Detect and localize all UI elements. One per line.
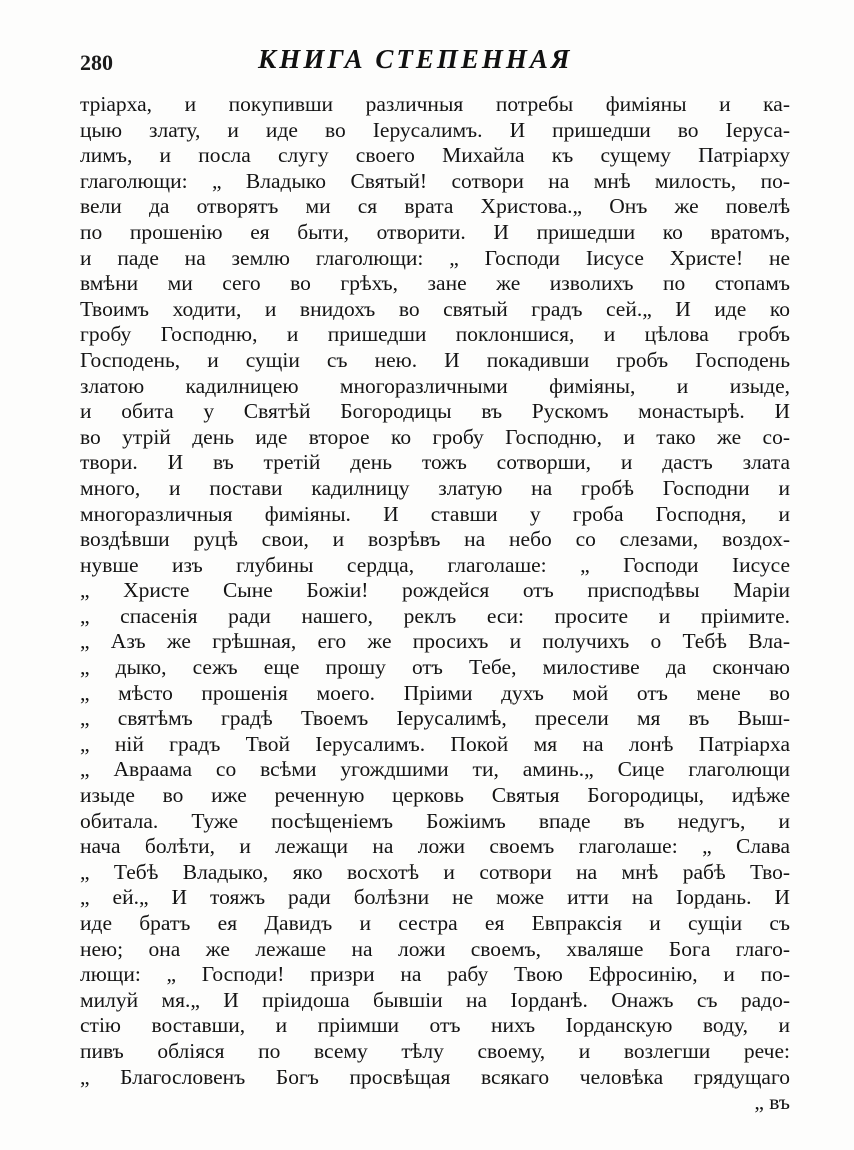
page-header: 280 КНИГА СТЕПЕННАЯ	[80, 44, 780, 84]
text-line: „ мѣсто прошенія моего. Пріими духъ мой …	[80, 681, 790, 707]
text-line: по прошенію ея быти, отворити. И пришедш…	[80, 220, 790, 246]
text-line: „ Тебѣ Владыко, яко восхотѣ и сотвори на…	[80, 860, 790, 886]
text-line: нею; она же лежаше на ложи своемъ, хваля…	[80, 937, 790, 963]
text-line: во утрій день иде второе ко гробу Господ…	[80, 425, 790, 451]
text-line: изыде во иже реченную церковь Святыя Бог…	[80, 783, 790, 809]
text-line: „ ній градъ Твой Іерусалимъ. Покой мя на…	[80, 732, 790, 758]
text-line: тріарха, и покупивши различныя потребы ф…	[80, 92, 790, 118]
text-line: и паде на землю глаголющи: „ Господи Іис…	[80, 246, 790, 272]
text-line: нача болѣти, и лежащи на ложи своемъ гла…	[80, 834, 790, 860]
text-line: многоразличныя фиміяны. И ставши у гроба…	[80, 502, 790, 528]
text-line: „ Христе Сыне Божіи! рождейся отъ приспо…	[80, 578, 790, 604]
text-line: „ дыко, сежъ еще прошу отъ Тебе, милости…	[80, 655, 790, 681]
text-line: Господень, и сущіи съ нею. И покадивши г…	[80, 348, 790, 374]
text-line: воздѣвши руцѣ свои, и возрѣвъ на небо со…	[80, 527, 790, 553]
text-line: „ спасенія ради нашего, реклъ еси: проси…	[80, 604, 790, 630]
text-line: „ Авраама со всѣми угождшими ти, аминь.„…	[80, 757, 790, 783]
text-line: „ Благословенъ Богъ просвѣщая всякаго че…	[80, 1065, 790, 1091]
text-line: „ Азъ же грѣшная, его же просихъ и получ…	[80, 629, 790, 655]
text-line: глаголющи: „ Владыко Святый! сотвори на …	[80, 169, 790, 195]
text-line: цыю злату, и иде во Іерусалимъ. И пришед…	[80, 118, 790, 144]
catchword: „ въ	[80, 1090, 790, 1116]
text-line: твори. И въ третій день тожъ сотворши, и…	[80, 450, 790, 476]
text-line: нувше изъ глубины сердца, глаголаше: „ Г…	[80, 553, 790, 579]
running-title: КНИГА СТЕПЕННАЯ	[258, 44, 573, 75]
text-line: и обита у Святѣй Богородицы въ Рускомъ м…	[80, 399, 790, 425]
text-line: пивъ обліяся по всему тѣлу своему, и воз…	[80, 1039, 790, 1065]
text-line: милуй мя.„ И пріидоша бывшіи на Іорданѣ.…	[80, 988, 790, 1014]
text-line: иде братъ ея Давидъ и сестра ея Евпраксі…	[80, 911, 790, 937]
text-line: много, и постави кадилницу златую на гро…	[80, 476, 790, 502]
body-text: тріарха, и покупивши различныя потребы ф…	[80, 92, 790, 1116]
book-page: 280 КНИГА СТЕПЕННАЯ тріарха, и покупивши…	[0, 0, 854, 1150]
text-line: лимъ, и посла слугу своего Михайла къ су…	[80, 143, 790, 169]
text-line: вели да отворятъ ми ся врата Христова.„ …	[80, 194, 790, 220]
text-line: стію воставши, и пріимши отъ нихъ Іордан…	[80, 1013, 790, 1039]
text-line: обитала. Туже посѣщеніемъ Божіимъ впаде …	[80, 809, 790, 835]
page-number: 280	[80, 50, 113, 76]
text-line: гробу Господню, и пришедши поклоншися, и…	[80, 322, 790, 348]
text-line: лющи: „ Господи! призри на рабу Твою Ефр…	[80, 962, 790, 988]
text-line: вмѣни ми сего во грѣхъ, зане же изволихъ…	[80, 271, 790, 297]
text-line: Твоимъ ходити, и внидохъ во святый градъ…	[80, 297, 790, 323]
text-line: златою кадилницею многоразличными фиміян…	[80, 374, 790, 400]
text-line: „ ей.„ И тояжъ ради болѣзни не може итти…	[80, 885, 790, 911]
text-line: „ святѣмъ градѣ Твоемъ Іерусалимѣ, пресе…	[80, 706, 790, 732]
